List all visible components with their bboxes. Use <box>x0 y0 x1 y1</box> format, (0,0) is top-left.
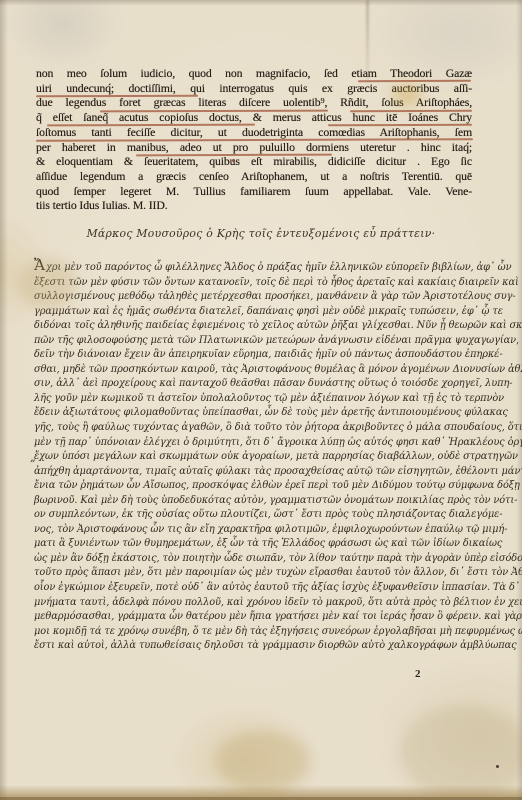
latin-line: q̃ eſſet ſaneq̃ acutus copioſus doctus, … <box>36 110 472 125</box>
greek-line: μνήματα ταυτὶ, ἀδελφὰ πόνου πολλοῦ, καὶ … <box>34 596 488 611</box>
latin-line: aſſidue legendum a græcis cenſeo Ariſtop… <box>36 169 472 184</box>
red-underline <box>350 109 472 111</box>
stain <box>215 730 310 792</box>
greek-line: ον συμπλεόντων, ἐκ τῆς οὐσίας οὕτω πλουτ… <box>34 508 488 523</box>
red-underline <box>136 153 332 155</box>
page-edge-shadow <box>0 0 522 6</box>
page-edge-shadow <box>0 0 8 800</box>
greek-line: τοῦτο πρὸς ἅπασι μὲν, ὅτι μὲν παροιμίαν … <box>34 566 488 581</box>
greek-line: μὲν τῇ παρ᾽ ὑπόνοιαν ἐλέγχει ὁ δριμύτητι… <box>34 436 488 451</box>
greek-line: Ἄχρι μὲν τοῦ παρόντος ὦ φιλέλληνες Ἄλδος… <box>34 258 488 276</box>
latin-line: quod ſemper legeret M. Tullius familiare… <box>36 184 472 199</box>
stain <box>392 84 422 106</box>
greek-line: διδόναι τοῖς ἀληθινῆς παιδείας ἐφιεμένοι… <box>34 319 488 334</box>
greek-heading: Μάρκος Μουσοῦρος ὁ Κρὴς τοῖς ἐντευξομένο… <box>0 227 522 240</box>
page-edge-shadow <box>516 0 522 800</box>
latin-line: per haberet in manibus, adeo ut pro pulu… <box>36 140 472 155</box>
greek-line: σιν, ἀλλ᾽ ἀεὶ προχείρους καὶ πανταχοῦ θε… <box>34 377 488 392</box>
greek-line: ἔξεστι τῶν μὲν φύσιν τῶν ὄντων κατανοεῖν… <box>34 276 488 291</box>
greek-line: σθαι, μηδὲ τῶν προσηκόντων καιροῦ, τὰς Ἀ… <box>34 363 488 378</box>
greek-line: μοι κομιδῇ τά τε χρόνῳ συνέβη, ὅ τε μὲν … <box>34 625 488 640</box>
greek-line: μεθαρμόσασθαι, γράμματα ὧν θατέρου μὲν ἤ… <box>34 610 488 625</box>
red-underline <box>100 109 328 111</box>
greek-line: γραμμάτων καὶ ἐς ἡμᾶς σωθέντα διατελεῖ, … <box>34 305 488 320</box>
latin-line: non meo ſolum iudicio, quod non magnifac… <box>36 66 472 81</box>
greek-line: ἔνια τῶν ῥημάτων ὧν Αἴσωπος, προσκόψας ἐ… <box>34 479 488 494</box>
greek-line: πῶν τῆς φιλοσοφούσης μετὰ τῶν Πλατωνικῶν… <box>34 334 488 349</box>
greek-line: ἀπήχθη ἁμαρτάνοντα, τιμαῖς αὐταῖς φύλακι… <box>34 465 488 480</box>
greek-line: ἔδειν ἀξιωτάτους φιλομαθοῦντας ὑπείπασθα… <box>34 406 488 421</box>
stain <box>400 705 522 800</box>
greek-line: δεῖν τὴν διάνοιαν ἔχειν ἂν ἀπειρηκυῖαν ε… <box>34 348 488 363</box>
marginal-quote-mark: „ <box>30 451 36 464</box>
greek-line: λῆς γοῦν μὲν κωμικοῦ τι ἀστεῖον ὑπολαλοῦ… <box>34 392 488 407</box>
greek-line: γῆς, τοὺς ἢ φαύλως τυχόντας ἀγαθῶν, ὃ δι… <box>34 421 488 436</box>
greek-line: νος, τὸν Ἀριστοφάνους ὧν τις ἂν εἴη χαρα… <box>34 523 488 538</box>
latin-line: tiis tertio Idus Iulias. M. IID. <box>36 198 472 213</box>
greek-line: ἔχων ὑπόσι μεγάλων καὶ σκωμμάτων οὐκ ἀγο… <box>34 450 488 465</box>
greek-line: ματι ἃ ξυνιέντων τῶν θυμηρεμάτων, ἐξ ὧν … <box>34 537 488 552</box>
latin-line: & eloquentiam & ſeueritatem, quibus eſt … <box>36 154 472 169</box>
red-ink-dot <box>232 159 235 162</box>
latin-line: ſoſtomus tanti feciſſe dicitur, ut duode… <box>36 125 472 140</box>
greek-line: ἔστι καὶ αὐτοὶ, ἀλλὰ τυπωθείσαις δηλοῦσι… <box>34 639 488 654</box>
greek-line: ὡς μὲν ἂν δόξῃ ἑκάστοις, τὸν ποιητὴν ὧδε… <box>34 552 488 567</box>
greek-line: οἷον ἐγκώμιον ἐξευρεῖν, ποτὲ οὐδ᾽ ἂν αὐτ… <box>34 581 488 596</box>
scanned-book-page: non meo ſolum iudicio, quod non magnifac… <box>0 0 522 800</box>
greek-preface: Ἄχρι μὲν τοῦ παρόντος ὦ φιλέλληνες Ἄλδος… <box>34 258 488 654</box>
folio-number: 2 <box>415 668 421 680</box>
greek-line: βωρινοῦ. Καὶ μὲν δὴ τοὺς ὑποδεδυκότας αὐ… <box>34 494 488 509</box>
stain <box>18 258 76 310</box>
ink-speck <box>496 765 499 768</box>
greek-line: συλλογισμένους μεθόδῳ τἀληθὲς μετέρχεσθα… <box>34 290 488 305</box>
